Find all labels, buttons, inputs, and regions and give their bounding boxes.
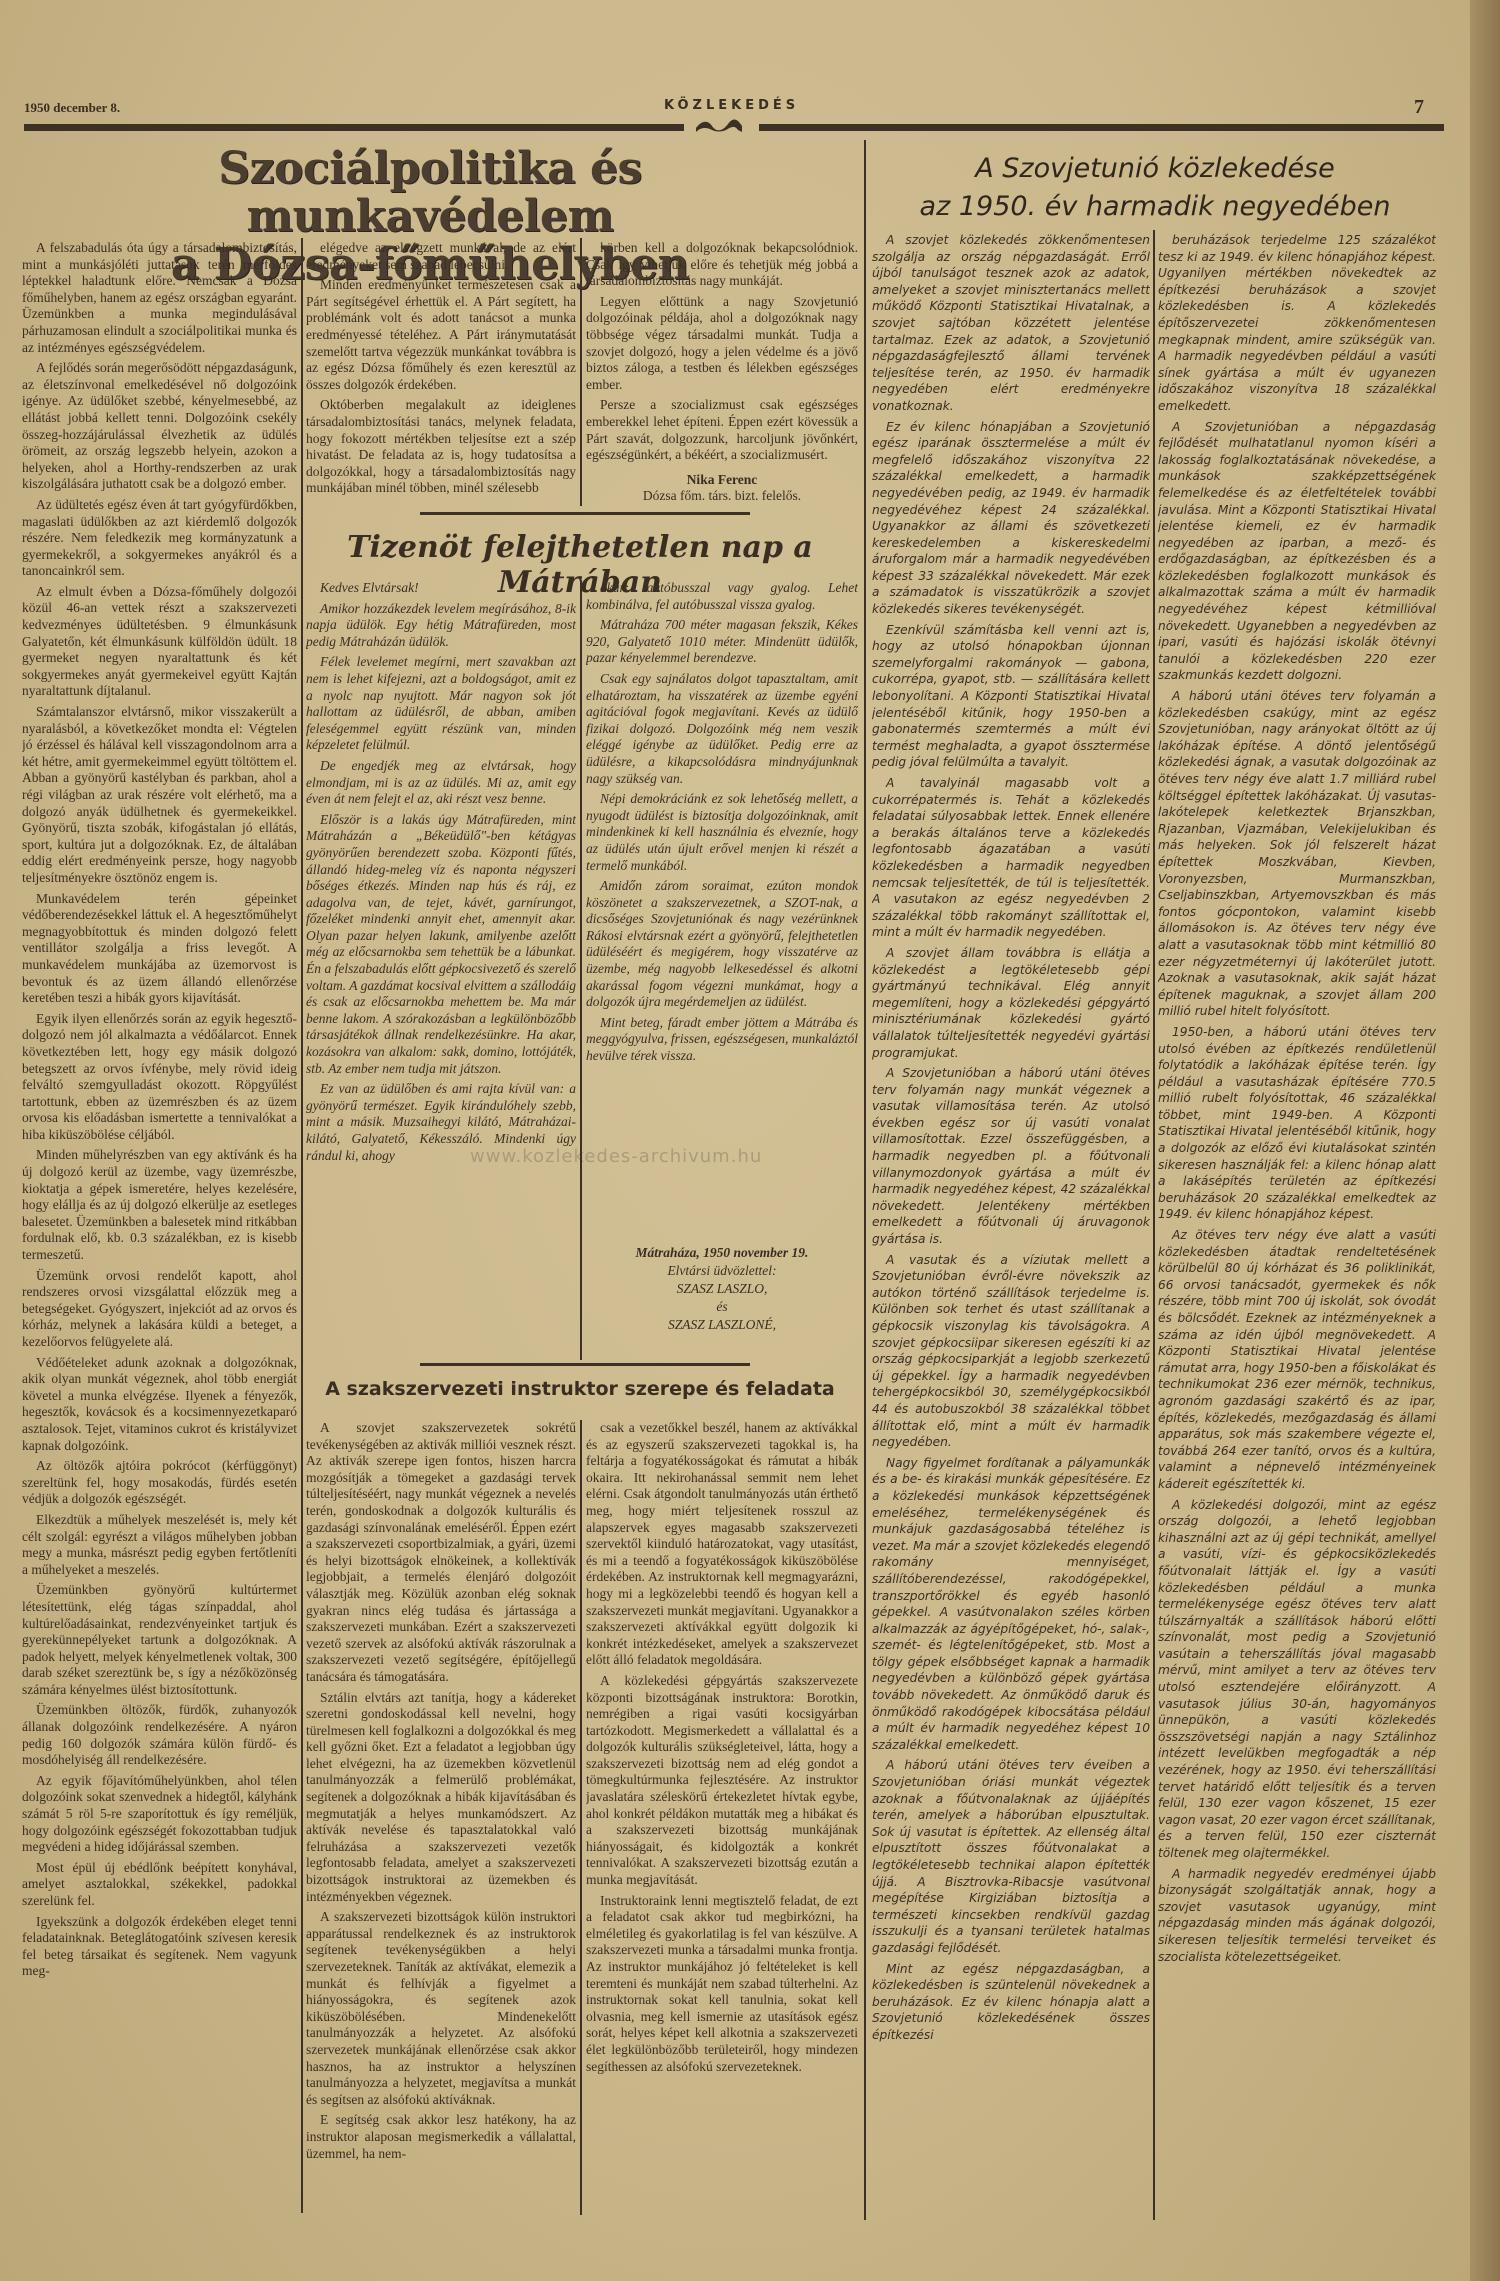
- paragraph: akar: autóbusszal vagy gyalog. Lehet kom…: [586, 580, 858, 613]
- paragraph: A felszabadulás óta úgy a társadalombizt…: [22, 240, 297, 356]
- paragraph: De engedjék meg az elvtársak, hogy elmon…: [306, 758, 576, 808]
- paragraph: Igyekszünk a dolgozók érdekében eleget t…: [22, 1914, 297, 1980]
- paragraph: A szovjet közlekedés zökkenőmentesen szo…: [872, 232, 1150, 415]
- paragraph: Üzemünk orvosi rendelőt kapott, ahol ren…: [22, 1268, 297, 1351]
- paragraph: Az üdültetés egész éven át tart gyógyfür…: [22, 497, 297, 580]
- paragraph: Amikor hozzákezdek levelem megírásához, …: [306, 601, 576, 651]
- masthead: 1950 december 8. KÖZLEKEDÉS 7: [24, 96, 1444, 136]
- page-edge: [1470, 0, 1500, 2281]
- article-social-byline: Nika Ferenc Dózsa főm. társ. bizt. felel…: [586, 468, 858, 504]
- paragraph: Védőételeket adunk azoknak a dolgozóknak…: [22, 1355, 297, 1455]
- signer-1: SZASZ LASZLO,: [586, 1280, 858, 1298]
- paragraph: Az ötéves terv négy éve alatt a vasúti k…: [1158, 1227, 1436, 1493]
- article-instructor-column-1: A szovjet szakszervezetek sokrétű tevéke…: [306, 1420, 576, 2215]
- paragraph: A szakszervezeti bizottságok külön instr…: [306, 1909, 576, 2108]
- paragraph: Az öltözők ajtóira pokrócot (kérfüggönyt…: [22, 1458, 297, 1508]
- paragraph: Elkezdtük a műhelyek meszelését is, mely…: [22, 1512, 297, 1578]
- column-divider: [864, 140, 866, 2220]
- masthead-rule-right: [759, 124, 1444, 131]
- paragraph: Félek levelemet megírni, mert szavakban …: [306, 654, 576, 754]
- paragraph: Mint beteg, fáradt ember jöttem a Mátráb…: [586, 1015, 858, 1065]
- paragraph: A harmadik negyedév eredményei újabb biz…: [1158, 1866, 1436, 1966]
- article-matra-column-2: akar: autóbusszal vagy gyalog. Lehet kom…: [586, 580, 858, 1180]
- closing: Elvtársi üdvözlettel:: [586, 1262, 858, 1280]
- article-social-column-3: körben kell a dolgozóknak bekapcsolódnio…: [586, 240, 858, 465]
- paragraph: elégedve az elvégzett munkával, de az el…: [306, 240, 576, 273]
- place-date: Mátraháza, 1950 november 19.: [586, 1244, 858, 1262]
- paragraph: Nagy figyelmet fordítanak a pályamunkák …: [872, 1455, 1150, 1754]
- signer-2: SZASZ LASZLONÉ,: [586, 1316, 858, 1334]
- paragraph: Sztálin elvtárs azt tanítja, hogy a káde…: [306, 1690, 576, 1906]
- column-divider: [580, 238, 582, 506]
- paragraph: Népi demokráciánk ez sok lehetőség melle…: [586, 791, 858, 874]
- paragraph: Októberben megalakult az ideiglenes társ…: [306, 397, 576, 497]
- article-social-column-1: A felszabadulás óta úgy a társadalombizt…: [22, 240, 297, 2215]
- paragraph: Az egyik főjavítóműhelyünkben, ahol téle…: [22, 1773, 297, 1856]
- paragraph: Persze a szocializmust csak egészséges e…: [586, 397, 858, 463]
- paragraph: Ez év kilenc hónapjában a Szovjetunió eg…: [872, 419, 1150, 618]
- article-social-column-2: elégedve az elvégzett munkával, de az el…: [306, 240, 576, 508]
- paragraph: Először is a lakás úgy Mátrafüreden, min…: [306, 812, 576, 1078]
- article-matra-signature: Mátraháza, 1950 november 19. Elvtársi üd…: [586, 1240, 858, 1334]
- paragraph: Minden eredményünket természetesen csak …: [306, 277, 576, 393]
- paragraph: A Szovjetunióban a háború utáni ötéves t…: [872, 1065, 1150, 1248]
- paragraph: Legyen előttünk a nagy Szovjetunió dolgo…: [586, 294, 858, 394]
- paragraph: Instruktoraink lenni megtisztelő feladat…: [586, 1893, 858, 2076]
- article-instructor-column-2: csak a vezetőkkel beszél, hanem az aktív…: [586, 1420, 858, 2215]
- paragraph: A szovjet szakszervezetek sokrétű tevéke…: [306, 1420, 576, 1686]
- author-role: Dózsa főm. társ. bizt. felelős.: [586, 488, 858, 504]
- article-soviet-headline: A Szovjetunió közlekedése az 1950. év ha…: [870, 150, 1440, 226]
- column-divider: [1153, 230, 1155, 2220]
- article-soviet-column-2: beruházások terjedelme 125 százalékot te…: [1158, 232, 1436, 2222]
- masthead-rule-left: [24, 124, 684, 131]
- article-soviet-column-1: A szovjet közlekedés zökkenőmentesen szo…: [872, 232, 1150, 2222]
- paragraph: Üzemünkben öltözők, fürdők, zuhanyozók á…: [22, 1702, 297, 1768]
- column-divider: [580, 580, 582, 1360]
- paragraph: Munkavédelem terén gépeinket védőberende…: [22, 891, 297, 1007]
- paragraph: A fejlődés során megerősödött népgazdasá…: [22, 360, 297, 493]
- paragraph: Amidőn zárom soraimat, ezúton mondok kös…: [586, 878, 858, 1011]
- wave-ornament-icon: [694, 118, 744, 139]
- paragraph: A közlekedési dolgozói, mint az egész or…: [1158, 1497, 1436, 1862]
- paragraph: Számtalanszor elvtársnő, mikor visszaker…: [22, 704, 297, 887]
- headline-line-1: A Szovjetunió közlekedése: [870, 150, 1440, 188]
- paragraph: csak a vezetőkkel beszél, hanem az aktív…: [586, 1420, 858, 1669]
- signer-conjunction: és: [586, 1298, 858, 1316]
- author-name: Nika Ferenc: [586, 472, 858, 488]
- paragraph: A tavalyinál magasabb volt a cukorrépate…: [872, 775, 1150, 941]
- paragraph: Üzemünkben gyönyörű kultúrtermet létesít…: [22, 1582, 297, 1698]
- paragraph: Minden műhelyrészben van egy aktívánk és…: [22, 1147, 297, 1263]
- paragraph: Ezenkívül számításba kell venni azt is, …: [872, 622, 1150, 771]
- headline-line-2: az 1950. év harmadik negyedében: [870, 188, 1440, 226]
- paragraph: A háború utáni ötéves terv éveiben a Szo…: [872, 1757, 1150, 1956]
- paragraph: A Szovjetunióban a népgazdaság fejlődésé…: [1158, 419, 1436, 685]
- column-divider: [301, 238, 303, 2213]
- paragraph: Most épül új ebédlőnk beépített konyháva…: [22, 1860, 297, 1910]
- paragraph: A szovjet állam továbbra is ellátja a kö…: [872, 945, 1150, 1061]
- paragraph: Egyik ilyen ellenőrzés során az egyik he…: [22, 1011, 297, 1144]
- paragraph: A vasutak és a víziutak mellett a Szovje…: [872, 1252, 1150, 1451]
- page-number: 7: [1414, 96, 1424, 119]
- paragraph: körben kell a dolgozóknak bekapcsolódnio…: [586, 240, 858, 290]
- paragraph: Az elmult évben a Dózsa-főműhely dolgozó…: [22, 584, 297, 700]
- article-instructor-headline: A szakszervezeti instruktor szerepe és f…: [310, 1378, 850, 1400]
- column-divider: [580, 1420, 582, 2215]
- issue-date: 1950 december 8.: [24, 100, 120, 116]
- paragraph: Mint az egész népgazdaságban, a közleked…: [872, 1961, 1150, 2044]
- section-rule: [420, 1363, 750, 1366]
- newspaper-name: KÖZLEKEDÉS: [664, 98, 799, 113]
- section-rule: [420, 512, 750, 515]
- paragraph: Mátraháza 700 méter magasan fekszik, Kék…: [586, 617, 858, 667]
- paragraph: beruházások terjedelme 125 százalékot te…: [1158, 232, 1436, 415]
- paragraph: A közlekedési gépgyártás szakszervezete …: [586, 1673, 858, 1889]
- headline-line-1: Szociálpolitika és munkavédelem: [30, 145, 830, 241]
- article-matra-column-1: Kedves Elvtársak!Amikor hozzákezdek leve…: [306, 580, 576, 1360]
- paragraph: Csak egy sajnálatos dolgot tapasztaltam,…: [586, 671, 858, 787]
- salutation: Kedves Elvtársak!: [306, 580, 576, 597]
- watermark: www.kozlekedes-archivum.hu: [470, 1146, 762, 1167]
- paragraph: A háború utáni ötéves terv folyamán a kö…: [1158, 688, 1436, 1020]
- paragraph: 1950-ben, a háború utáni ötéves terv uto…: [1158, 1024, 1436, 1223]
- paragraph: E segítség csak akkor lesz hatékony, ha …: [306, 2112, 576, 2162]
